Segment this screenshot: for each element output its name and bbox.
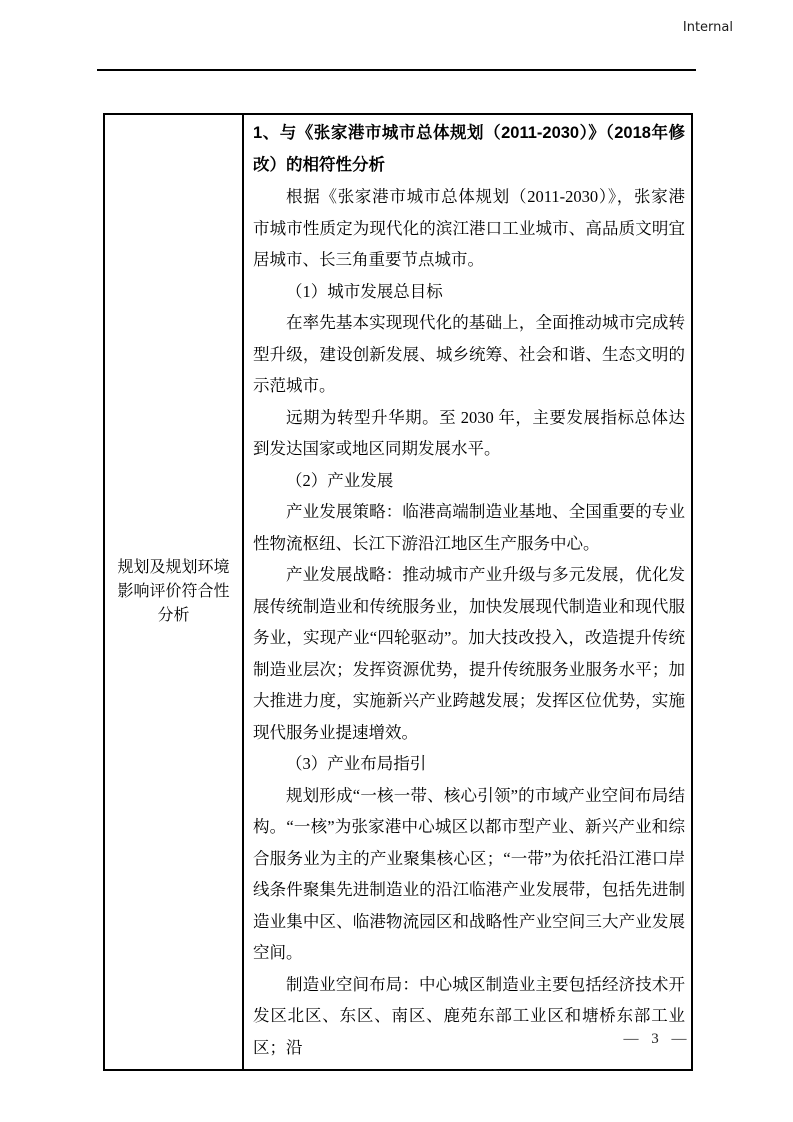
row-header-cell: 规划及规划环境影响评价符合性分析	[105, 115, 244, 1069]
content-cell: 1、与《张家港市城市总体规划（2011-2030）》（2018年修改）的相符性分…	[244, 115, 691, 1069]
paragraph: 远期为转型升华期。至 2030 年，主要发展指标总体达到发达国家或地区同期发展水…	[253, 402, 685, 465]
paragraph: （1）城市发展总目标	[253, 276, 685, 308]
document-page: Internal 规划及规划环境影响评价符合性分析 1、与《张家港市城市总体规划…	[0, 0, 793, 1122]
paragraph-list: 根据《张家港市城市总体规划（2011-2030）》，张家港市城市性质定为现代化的…	[253, 181, 685, 1063]
header-rule	[97, 69, 696, 71]
paragraph: （2）产业发展	[253, 465, 685, 497]
internal-watermark: Internal	[683, 20, 733, 35]
paragraph: 产业发展战略：推动城市产业升级与多元发展，优化发展传统制造业和传统服务业，加快发…	[253, 559, 685, 748]
page-number: — 3 —	[614, 1031, 696, 1048]
section-heading: 1、与《张家港市城市总体规划（2011-2030）》（2018年修改）的相符性分…	[253, 118, 685, 181]
paragraph: 根据《张家港市城市总体规划（2011-2030）》，张家港市城市性质定为现代化的…	[253, 181, 685, 276]
paragraph: 规划形成“一核一带、核心引领”的市域产业空间布局结构。“一核”为张家港中心城区以…	[253, 780, 685, 969]
paragraph: 制造业空间布局：中心城区制造业主要包括经济技术开发区北区、东区、南区、鹿苑东部工…	[253, 969, 685, 1064]
paragraph: （3）产业布局指引	[253, 748, 685, 780]
paragraph: 在率先基本实现现代化的基础上，全面推动城市完成转型升级，建设创新发展、城乡统筹、…	[253, 307, 685, 402]
paragraph: 产业发展策略：临港高端制造业基地、全国重要的专业性物流枢纽、长江下游沿江地区生产…	[253, 496, 685, 559]
compliance-table: 规划及规划环境影响评价符合性分析 1、与《张家港市城市总体规划（2011-203…	[103, 113, 693, 1071]
